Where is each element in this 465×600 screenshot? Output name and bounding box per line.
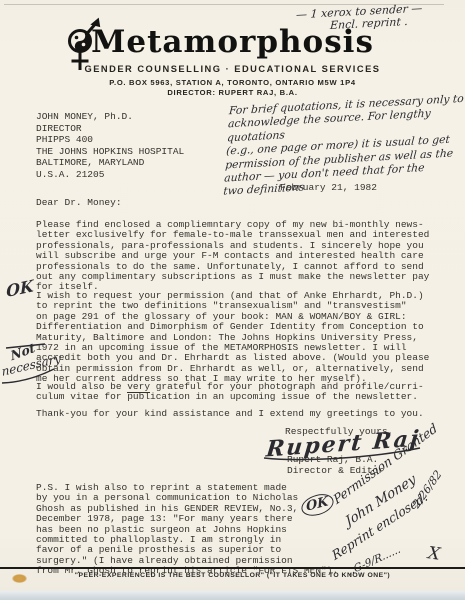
handwritten-x-mark: X [427, 543, 442, 564]
paper-stain [12, 574, 27, 583]
body-paragraph-2: I wish to request your permission (and t… [36, 291, 446, 385]
letterhead-subtitle: GENDER COUNSELLING · EDUCATIONAL SERVICE… [0, 64, 465, 74]
paragraph-3-text: I would also be [36, 381, 127, 392]
scanned-letter-page: — 1 xerox to sender — Encl. reprint . Me… [0, 0, 465, 591]
scanner-background-strip [0, 591, 465, 600]
closing-thanks-line: Thank-you for your kind assistance and I… [36, 409, 456, 419]
body-paragraph-1: Please find enclosed a compliemntary cop… [36, 220, 446, 293]
signer-name: Rupert Raj, B.A. [287, 455, 378, 465]
footer-rule [0, 567, 465, 569]
postscript: P.S. I wish also to reprint a statement … [36, 483, 346, 577]
recipient-address-block: JOHN MONEY, Ph.D. DIRECTOR PHIPPS 400 TH… [36, 111, 184, 181]
salutation: Dear Dr. Money: [36, 198, 122, 208]
letterhead-address: P.O. BOX 5963, STATION A, TORONTO, ONTAR… [0, 78, 465, 87]
handwritten-ok-margin: OK [6, 276, 34, 301]
letter-date: February 21, 1982 [280, 183, 377, 193]
footer-motto: "PEER-EXPERIENCED IS THE BEST COUNSELLOR… [0, 572, 465, 579]
body-paragraph-3: I would also be very grateful for your p… [36, 382, 446, 403]
letterhead-title: Metamorphosis [0, 24, 465, 60]
